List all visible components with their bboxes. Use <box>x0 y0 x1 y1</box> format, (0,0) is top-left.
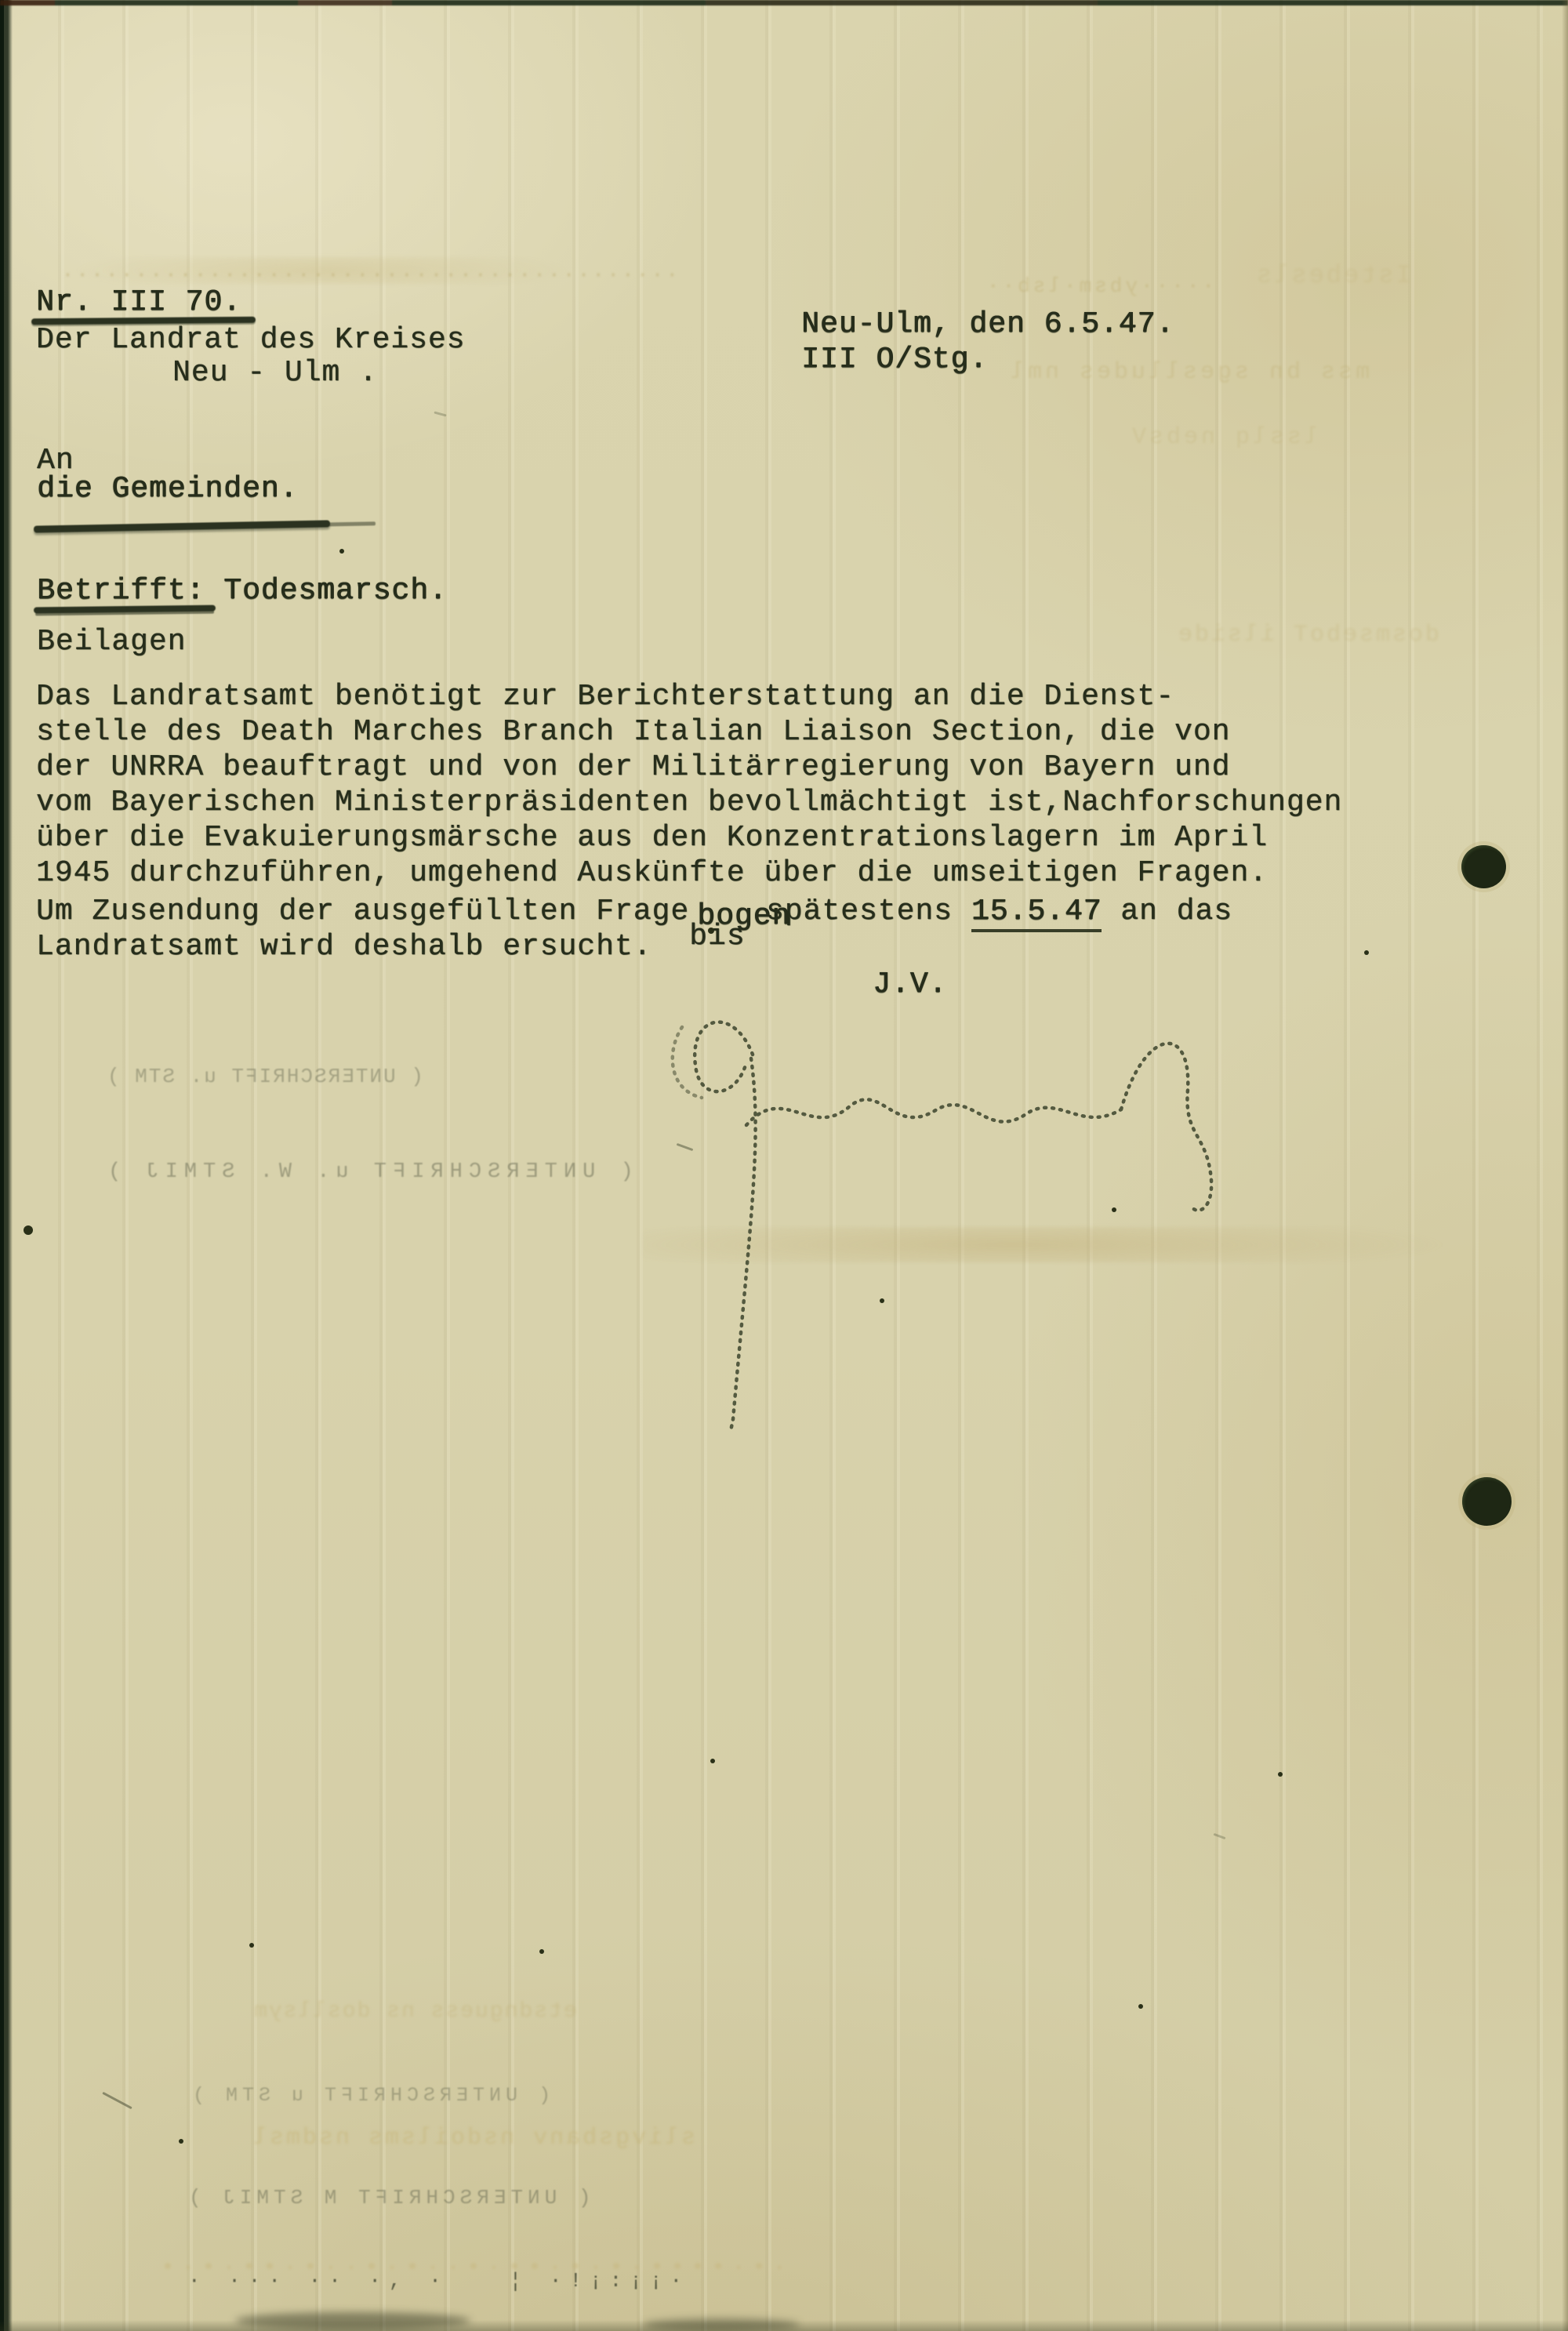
subject-text: Todesmarsch. <box>205 574 447 608</box>
body-paragraph-1: Das Landratsamt benötigt zur Berichterst… <box>36 679 1342 891</box>
paragraph2-pre: Um Zusendung der ausgefüllten Frage <box>36 895 689 928</box>
ink-speck <box>1278 1772 1283 1777</box>
bleedthrough-text: dosmseboT ilside <box>1176 622 1439 648</box>
ink-speck <box>24 1225 33 1235</box>
bleedthrough-text: •·•·••·•··•·•··•·••·•·•·••••·•· <box>161 2255 793 2282</box>
punch-hole <box>1461 845 1506 888</box>
document-page: Nr. III 70. Der Landrat des Kreises Neu … <box>0 0 1568 2331</box>
enclosures-label: Beilagen <box>37 624 186 659</box>
reference-number: Nr. III 70. <box>36 285 241 320</box>
ink-speck <box>1364 950 1369 955</box>
subject-underline <box>34 605 216 614</box>
body-paragraph-2-line2: Landratsamt wird deshalb ersucht. <box>36 929 652 964</box>
ink-speck <box>880 1298 884 1303</box>
bleedthrough-text: · ··· ·· ·, · ¦ ·!¡:¡¡· <box>188 2269 690 2293</box>
recipient-underline <box>34 520 330 532</box>
subject-label: Betrifft: <box>37 574 205 608</box>
pencil-mark <box>102 2092 132 2109</box>
deadline-date: 15.5.47 <box>971 895 1102 932</box>
recipient-line2: die Gemeinden. <box>37 471 298 507</box>
body-paragraph-2: Um Zusendung der ausgefüllten Fragebisbo… <box>36 894 1232 929</box>
ink-speck <box>708 928 714 934</box>
file-reference: III O/Stg. <box>801 342 988 377</box>
bleedthrough-text: ( UNTERSCHRIFT M STMIJ ) <box>184 2186 590 2209</box>
punch-hole <box>1462 1477 1512 1526</box>
ink-speck <box>539 1949 544 1954</box>
sender-line2: Neu - Ulm . <box>172 355 378 390</box>
scan-edge-left <box>0 0 13 2331</box>
ink-speck <box>1138 2004 1143 2009</box>
scan-edge-bottom <box>0 2320 1568 2331</box>
bleedthrough-band <box>47 257 596 284</box>
scan-edge-top <box>0 0 1568 5</box>
paragraph2-post: an das <box>1102 895 1232 928</box>
signature <box>659 980 1309 1435</box>
bleedthrough-text: ( UNTERSCHRIFT u. STM ) <box>106 1065 423 1088</box>
ink-speck <box>1112 1207 1116 1212</box>
ink-speck <box>249 1943 254 1948</box>
subject-line: Betrifft: Todesmarsch. <box>37 573 448 608</box>
ink-speck <box>179 2139 183 2144</box>
pencil-mark <box>434 411 446 416</box>
bleedthrough-text: ( UNTERSCHRIFT u STM ) <box>188 2084 550 2107</box>
place-date: Neu-Ulm, den 6.5.47. <box>801 307 1174 342</box>
ink-speck <box>339 549 344 554</box>
bleedthrough-text: ( UNTERSCHRIFT u. W. STMIJ ) <box>102 1160 633 1184</box>
bleedthrough-text: etsdnguess ns dosllsym <box>252 1999 577 2024</box>
bleedthrough-text: lsslq nebsV <box>1129 424 1319 451</box>
bleedthrough-text: slivgsbanv nsdoilsms nsdmsl <box>251 2125 695 2151</box>
pencil-mark <box>1213 1833 1225 1839</box>
bleedthrough-text: mss bn sgeslludes nml <box>1007 359 1370 386</box>
sender-line1: Der Landrat des Kreises <box>36 322 466 358</box>
ink-speck <box>710 1759 715 1763</box>
bleedthrough-text: ·····ybsm·lsb·· <box>984 274 1214 298</box>
scan-edge-right <box>1562 0 1568 2331</box>
bleedthrough-text: Istebesls <box>1254 261 1411 290</box>
